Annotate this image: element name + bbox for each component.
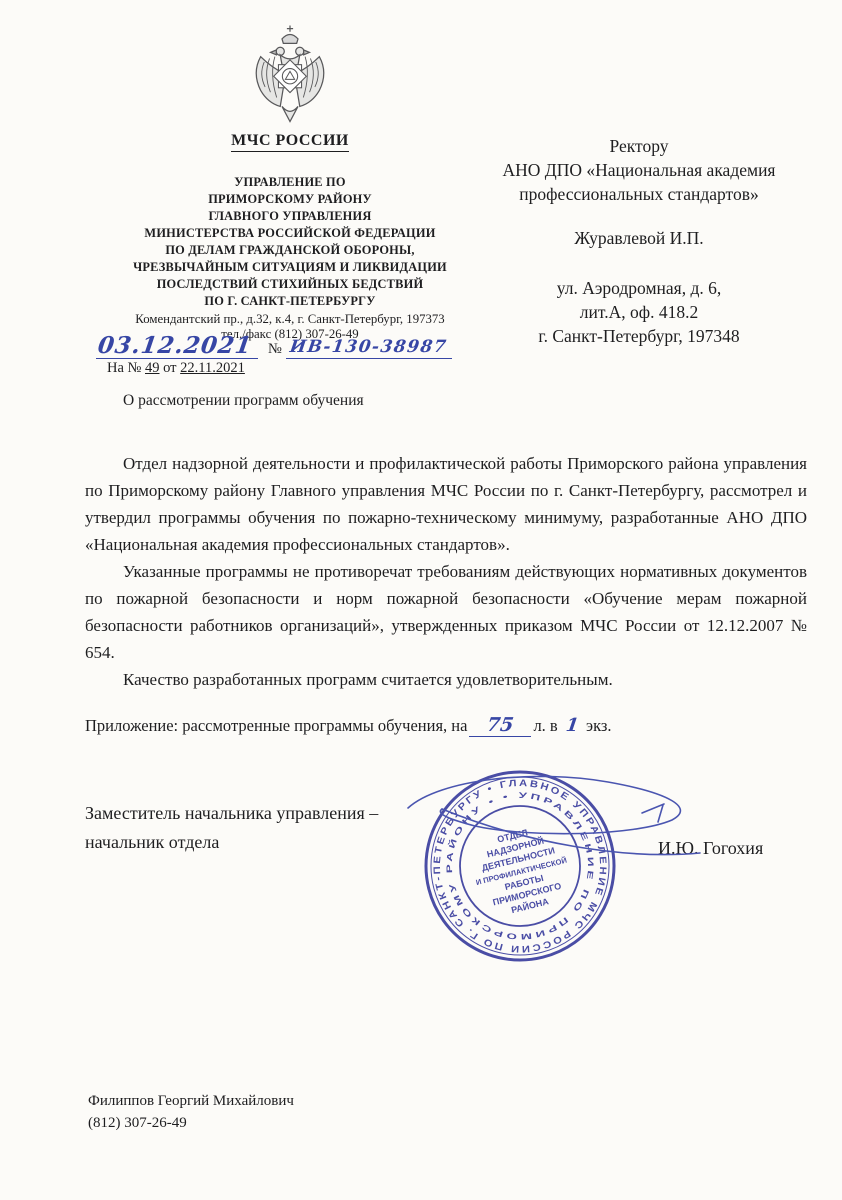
reference-from: от	[163, 360, 176, 376]
org-line: ГЛАВНОГО УПРАВЛЕНИЯ	[90, 208, 490, 225]
org-line: ПО Г. САНКТ-ПЕТЕРБУРГУ	[90, 293, 490, 310]
org-line: ПО ДЕЛАМ ГРАЖДАНСКОЙ ОБОРОНЫ,	[90, 242, 490, 259]
org-line: ПРИМОРСКОМУ РАЙОНУ	[90, 191, 490, 208]
body-paragraph-3: Качество разработанных программ считаетс…	[85, 666, 807, 693]
attachment-copies-field: 1	[562, 715, 582, 736]
signer-position: Заместитель начальника управления – нача…	[85, 799, 378, 857]
number-sign: №	[268, 341, 282, 358]
org-line: МИНИСТЕРСТВА РОССИЙСКОЙ ФЕДЕРАЦИИ	[90, 225, 490, 242]
letter-subject: О рассмотрении программ обучения	[123, 392, 364, 410]
attachment-line: Приложение: рассмотренные программы обуч…	[85, 714, 807, 737]
org-line: ПОСЛЕДСТВИЙ СТИХИЙНЫХ БЕДСТВИЙ	[90, 276, 490, 293]
reference-prefix: На №	[107, 360, 141, 376]
reference-line: На № 49 от 22.11.2021	[107, 360, 245, 377]
signer-position-line: начальник отдела	[85, 828, 378, 857]
letter-body: Отдел надзорной деятельности и профилакт…	[85, 450, 807, 693]
attachment-prefix: Приложение: рассмотренные программы обуч…	[85, 716, 467, 735]
scanned-letter-page: МЧС РОССИИ УПРАВЛЕНИЕ ПО ПРИМОРСКОМУ РАЙ…	[0, 0, 842, 1200]
attachment-sheets-handwritten: 75	[486, 714, 516, 736]
org-postal-address: Комендантский пр., д.32, к.4, г. Санкт-П…	[90, 312, 490, 327]
reference-date: 22.11.2021	[180, 360, 245, 376]
executor-name: Филиппов Георгий Михайлович	[88, 1090, 294, 1112]
mchs-emblem-icon	[250, 22, 330, 126]
addressee-address-line: г. Санкт-Петербург, 197348	[458, 324, 820, 348]
addressee-address-line: ул. Аэродромная, д. 6,	[458, 276, 820, 300]
attachment-copies-handwritten: 1	[564, 715, 579, 736]
body-paragraph-2: Указанные программы не противоречат треб…	[85, 558, 807, 666]
org-line: ЧРЕЗВЫЧАЙНЫМ СИТУАЦИЯМ И ЛИКВИДАЦИИ	[90, 259, 490, 276]
pen-signature	[380, 763, 725, 868]
outgoing-registration-row: 03.12.2021 № ИВ-130-38987	[96, 334, 496, 359]
executor-block: Филиппов Георгий Михайлович (812) 307-26…	[88, 1090, 294, 1134]
outgoing-number-field: ИВ-130-38987	[286, 336, 452, 359]
addressee-org-line: АНО ДПО «Национальная академия	[458, 158, 820, 182]
signer-position-line: Заместитель начальника управления –	[85, 799, 378, 828]
addressee-title: Ректору	[458, 134, 820, 158]
addressee-address-line: лит.А, оф. 418.2	[458, 300, 820, 324]
letterhead: МЧС РОССИИ УПРАВЛЕНИЕ ПО ПРИМОРСКОМУ РАЙ…	[90, 22, 490, 342]
body-paragraph-1: Отдел надзорной деятельности и профилакт…	[85, 450, 807, 558]
reference-number: 49	[145, 360, 160, 376]
attachment-sheets-field: 75	[469, 714, 531, 737]
addressee-person: Журавлевой И.П.	[458, 226, 820, 250]
outgoing-date-field: 03.12.2021	[96, 334, 258, 359]
executor-phone: (812) 307-26-49	[88, 1112, 294, 1134]
attachment-middle: л. в	[533, 716, 557, 735]
addressee-org-line: профессиональных стандартов»	[458, 182, 820, 206]
addressee-block: Ректору АНО ДПО «Национальная академия п…	[458, 134, 820, 348]
outgoing-date-handwritten: 03.12.2021	[96, 334, 253, 358]
org-full-name: УПРАВЛЕНИЕ ПО ПРИМОРСКОМУ РАЙОНУ ГЛАВНОГ…	[90, 174, 490, 310]
org-line: УПРАВЛЕНИЕ ПО	[90, 174, 490, 191]
outgoing-number-handwritten: ИВ-130-38987	[289, 336, 449, 358]
org-short-title: МЧС РОССИИ	[231, 132, 349, 152]
attachment-suffix: экз.	[586, 716, 612, 735]
